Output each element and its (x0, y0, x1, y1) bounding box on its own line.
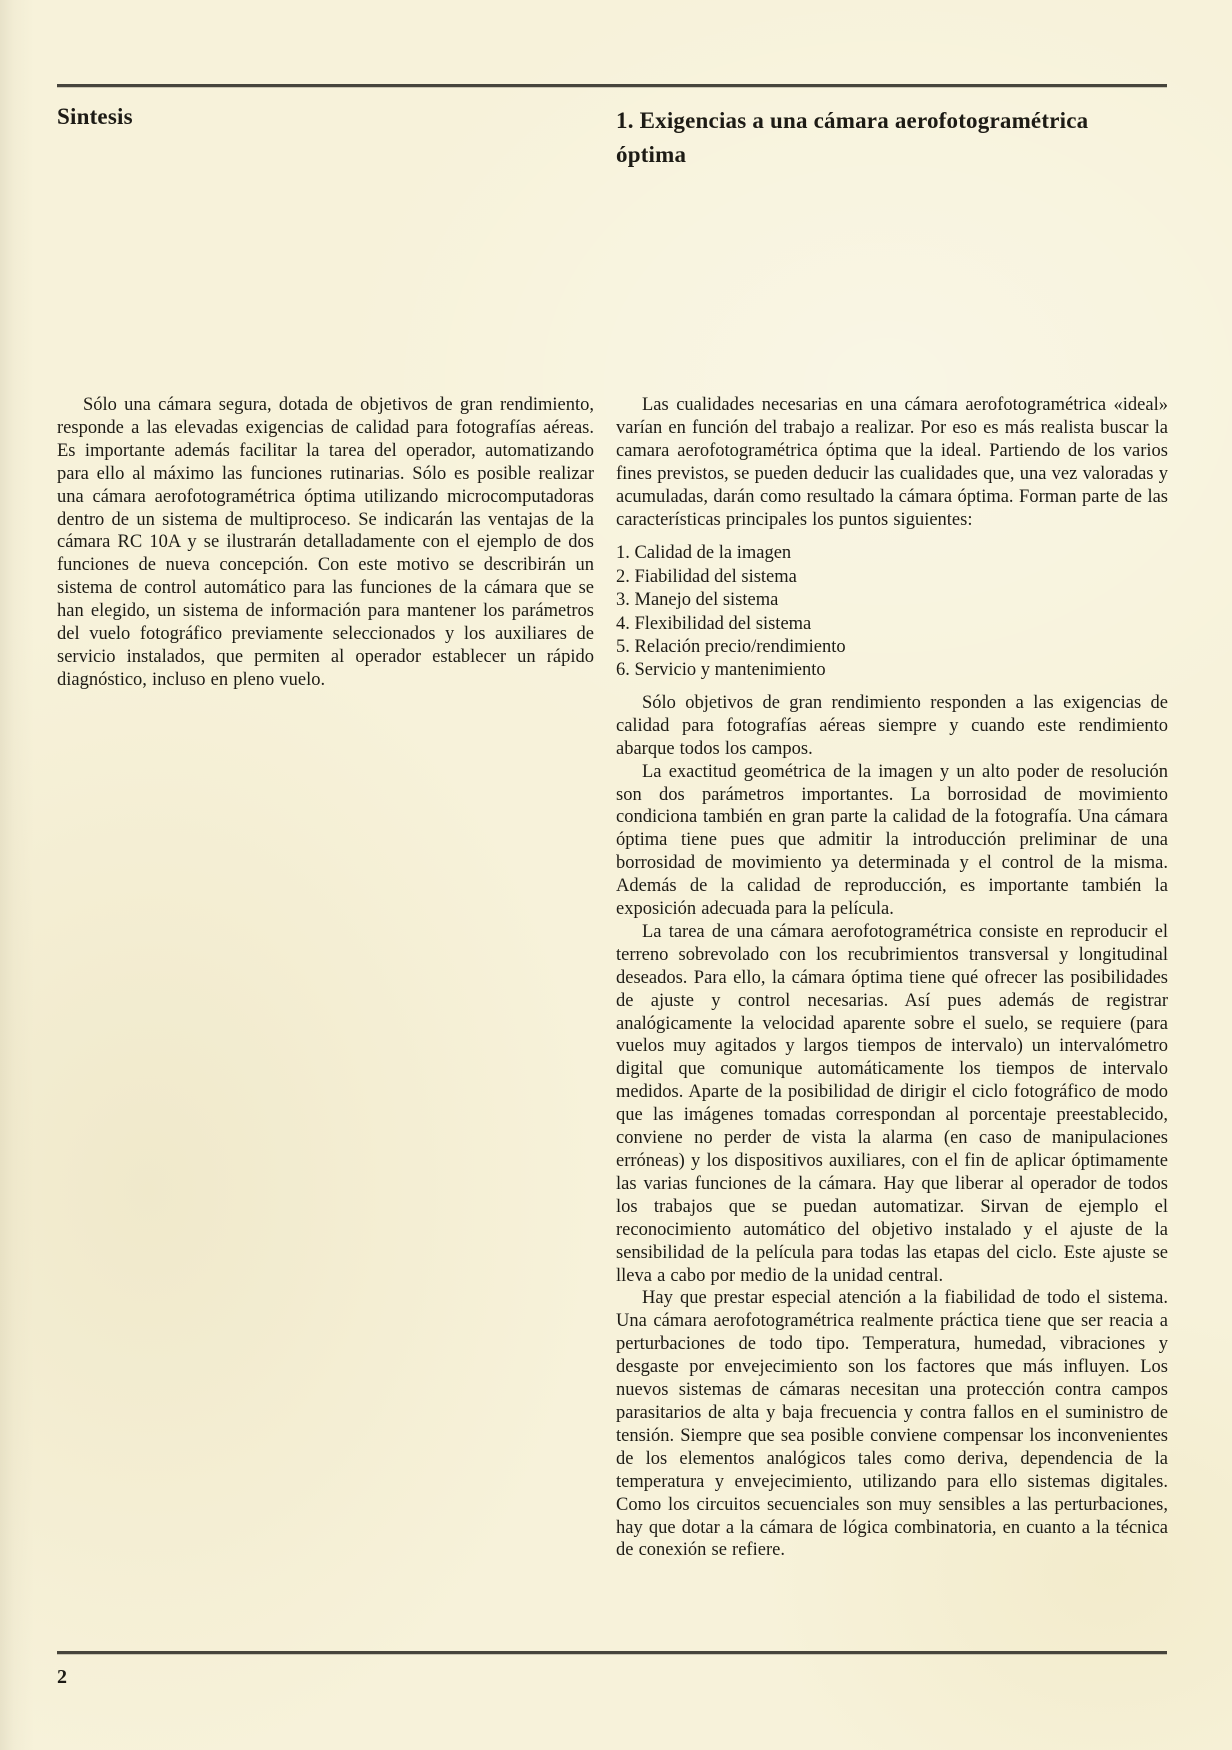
header-divider (57, 84, 1167, 87)
chapter-title-line2: óptima (616, 138, 1168, 172)
right-column-paragraph: Sólo objetivos de gran rendimiento respo… (616, 692, 1168, 761)
document-page: Sintesis 1. Exigencias a una cámara aero… (0, 0, 1232, 1750)
list-item: 3. Manejo del sistema (616, 589, 1168, 612)
list-item: 4. Flexibilidad del sistema (616, 613, 1168, 636)
list-item: 5. Relación precio/rendimiento (616, 636, 1168, 659)
right-column-paragraph: La exactitud geométrica de la imagen y u… (616, 761, 1168, 921)
left-column: Sólo una cámara segura, dotada de objeti… (57, 394, 594, 692)
right-column-paragraph: Hay que prestar especial atención a la f… (616, 1287, 1168, 1562)
right-column-intro-paragraph: Las cualidades necesarias en una cámara … (616, 394, 1168, 531)
requirements-list: 1. Calidad de la imagen 2. Fiabilidad de… (616, 542, 1168, 682)
right-column-paragraph: La tarea de una cámara aerofotogramétric… (616, 921, 1168, 1288)
chapter-title-line1: 1. Exigencias a una cámara aerofotogramé… (616, 104, 1168, 138)
left-column-paragraph: Sólo una cámara segura, dotada de objeti… (57, 394, 594, 692)
footer-divider (57, 1651, 1167, 1654)
section-title: Sintesis (57, 104, 133, 130)
list-item: 2. Fiabilidad del sistema (616, 566, 1168, 589)
right-column: Las cualidades necesarias en una cámara … (616, 394, 1168, 1562)
chapter-title: 1. Exigencias a una cámara aerofotogramé… (616, 104, 1168, 172)
list-item: 1. Calidad de la imagen (616, 542, 1168, 565)
page-number: 2 (57, 1666, 67, 1689)
list-item: 6. Servicio y mantenimiento (616, 659, 1168, 682)
